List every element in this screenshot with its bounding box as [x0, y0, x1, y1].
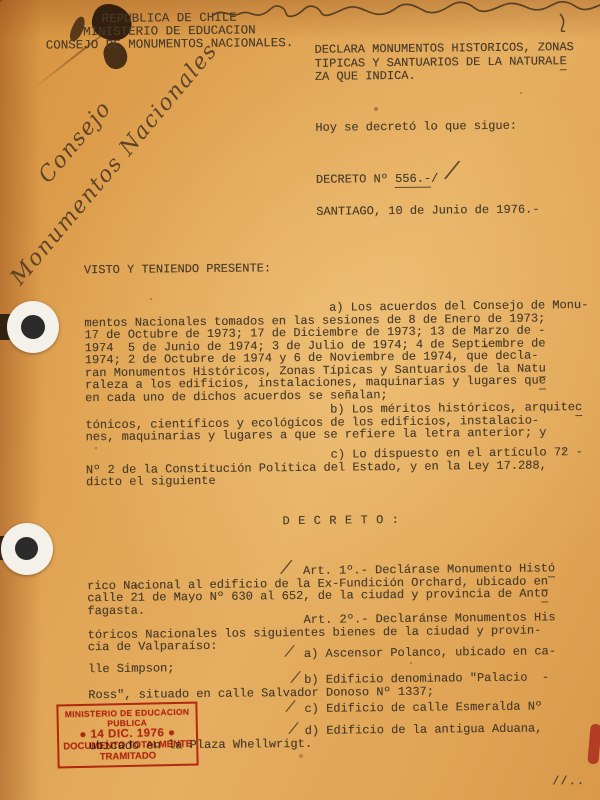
ministry-stamp: MINISTERIO DE EDUCACION PUBLICA ● 14 DIC…: [56, 702, 198, 769]
red-edge-mark: [587, 724, 600, 765]
considerando-b: b) Los méritos históricos, arquitectónic…: [85, 401, 582, 444]
continuation-mark: //..: [552, 775, 585, 788]
typed-text-layer: REPUBLICA DE CHILEMINISTERIO DE EDUCACIO…: [0, 0, 600, 800]
dateline: SANTIAGO, 10 de Junio de 1976.-: [316, 203, 539, 218]
typed-line: DECRETO Nº 556.-/: [316, 173, 439, 187]
articulo-1: Art. 1º.- Declárase Monumento Histórico …: [87, 562, 556, 617]
typed-line: ZA QUE INDICA.: [315, 68, 574, 84]
scanned-decree-page: Consejo Monumentos Nacionales REPUBLICA …: [0, 0, 600, 800]
item-b: b) Edificio denominado "Palacio -Ross", …: [88, 671, 549, 701]
letterhead: REPUBLICA DE CHILEMINISTERIO DE EDUCACIO…: [8, 11, 330, 53]
intro-line: Hoy se decretó lo que sigue:: [315, 120, 517, 135]
considerando-c: c) Lo dispuesto en el artículo 72 -Nº 2 …: [86, 446, 583, 489]
typed-line: TIPICAS Y SANTUARIOS DE LA NATURALE: [315, 55, 574, 71]
typed-line: nes, maquinarias y lugares a que se refi…: [85, 426, 582, 444]
considerando-a: a) Los acuerdos del Consejo de Monu-ment…: [84, 299, 589, 404]
subject-block: DECLARA MONUMENTOS HISTORICOS, ZONASTIPI…: [314, 41, 574, 84]
decreto-heading: D E C R E T O :: [282, 514, 399, 528]
hole-punch-center: [21, 315, 45, 339]
hole-punch-center: [15, 537, 38, 560]
visto-heading: VISTO Y TENIENDO PRESENTE:: [84, 262, 271, 276]
typed-line: CONSEJO DE MONUMENTOS NACIONALES.: [8, 37, 330, 53]
stamp-line: TRAMITADO: [59, 751, 196, 763]
decree-number-line: DECRETO Nº 556.-/: [316, 173, 439, 187]
